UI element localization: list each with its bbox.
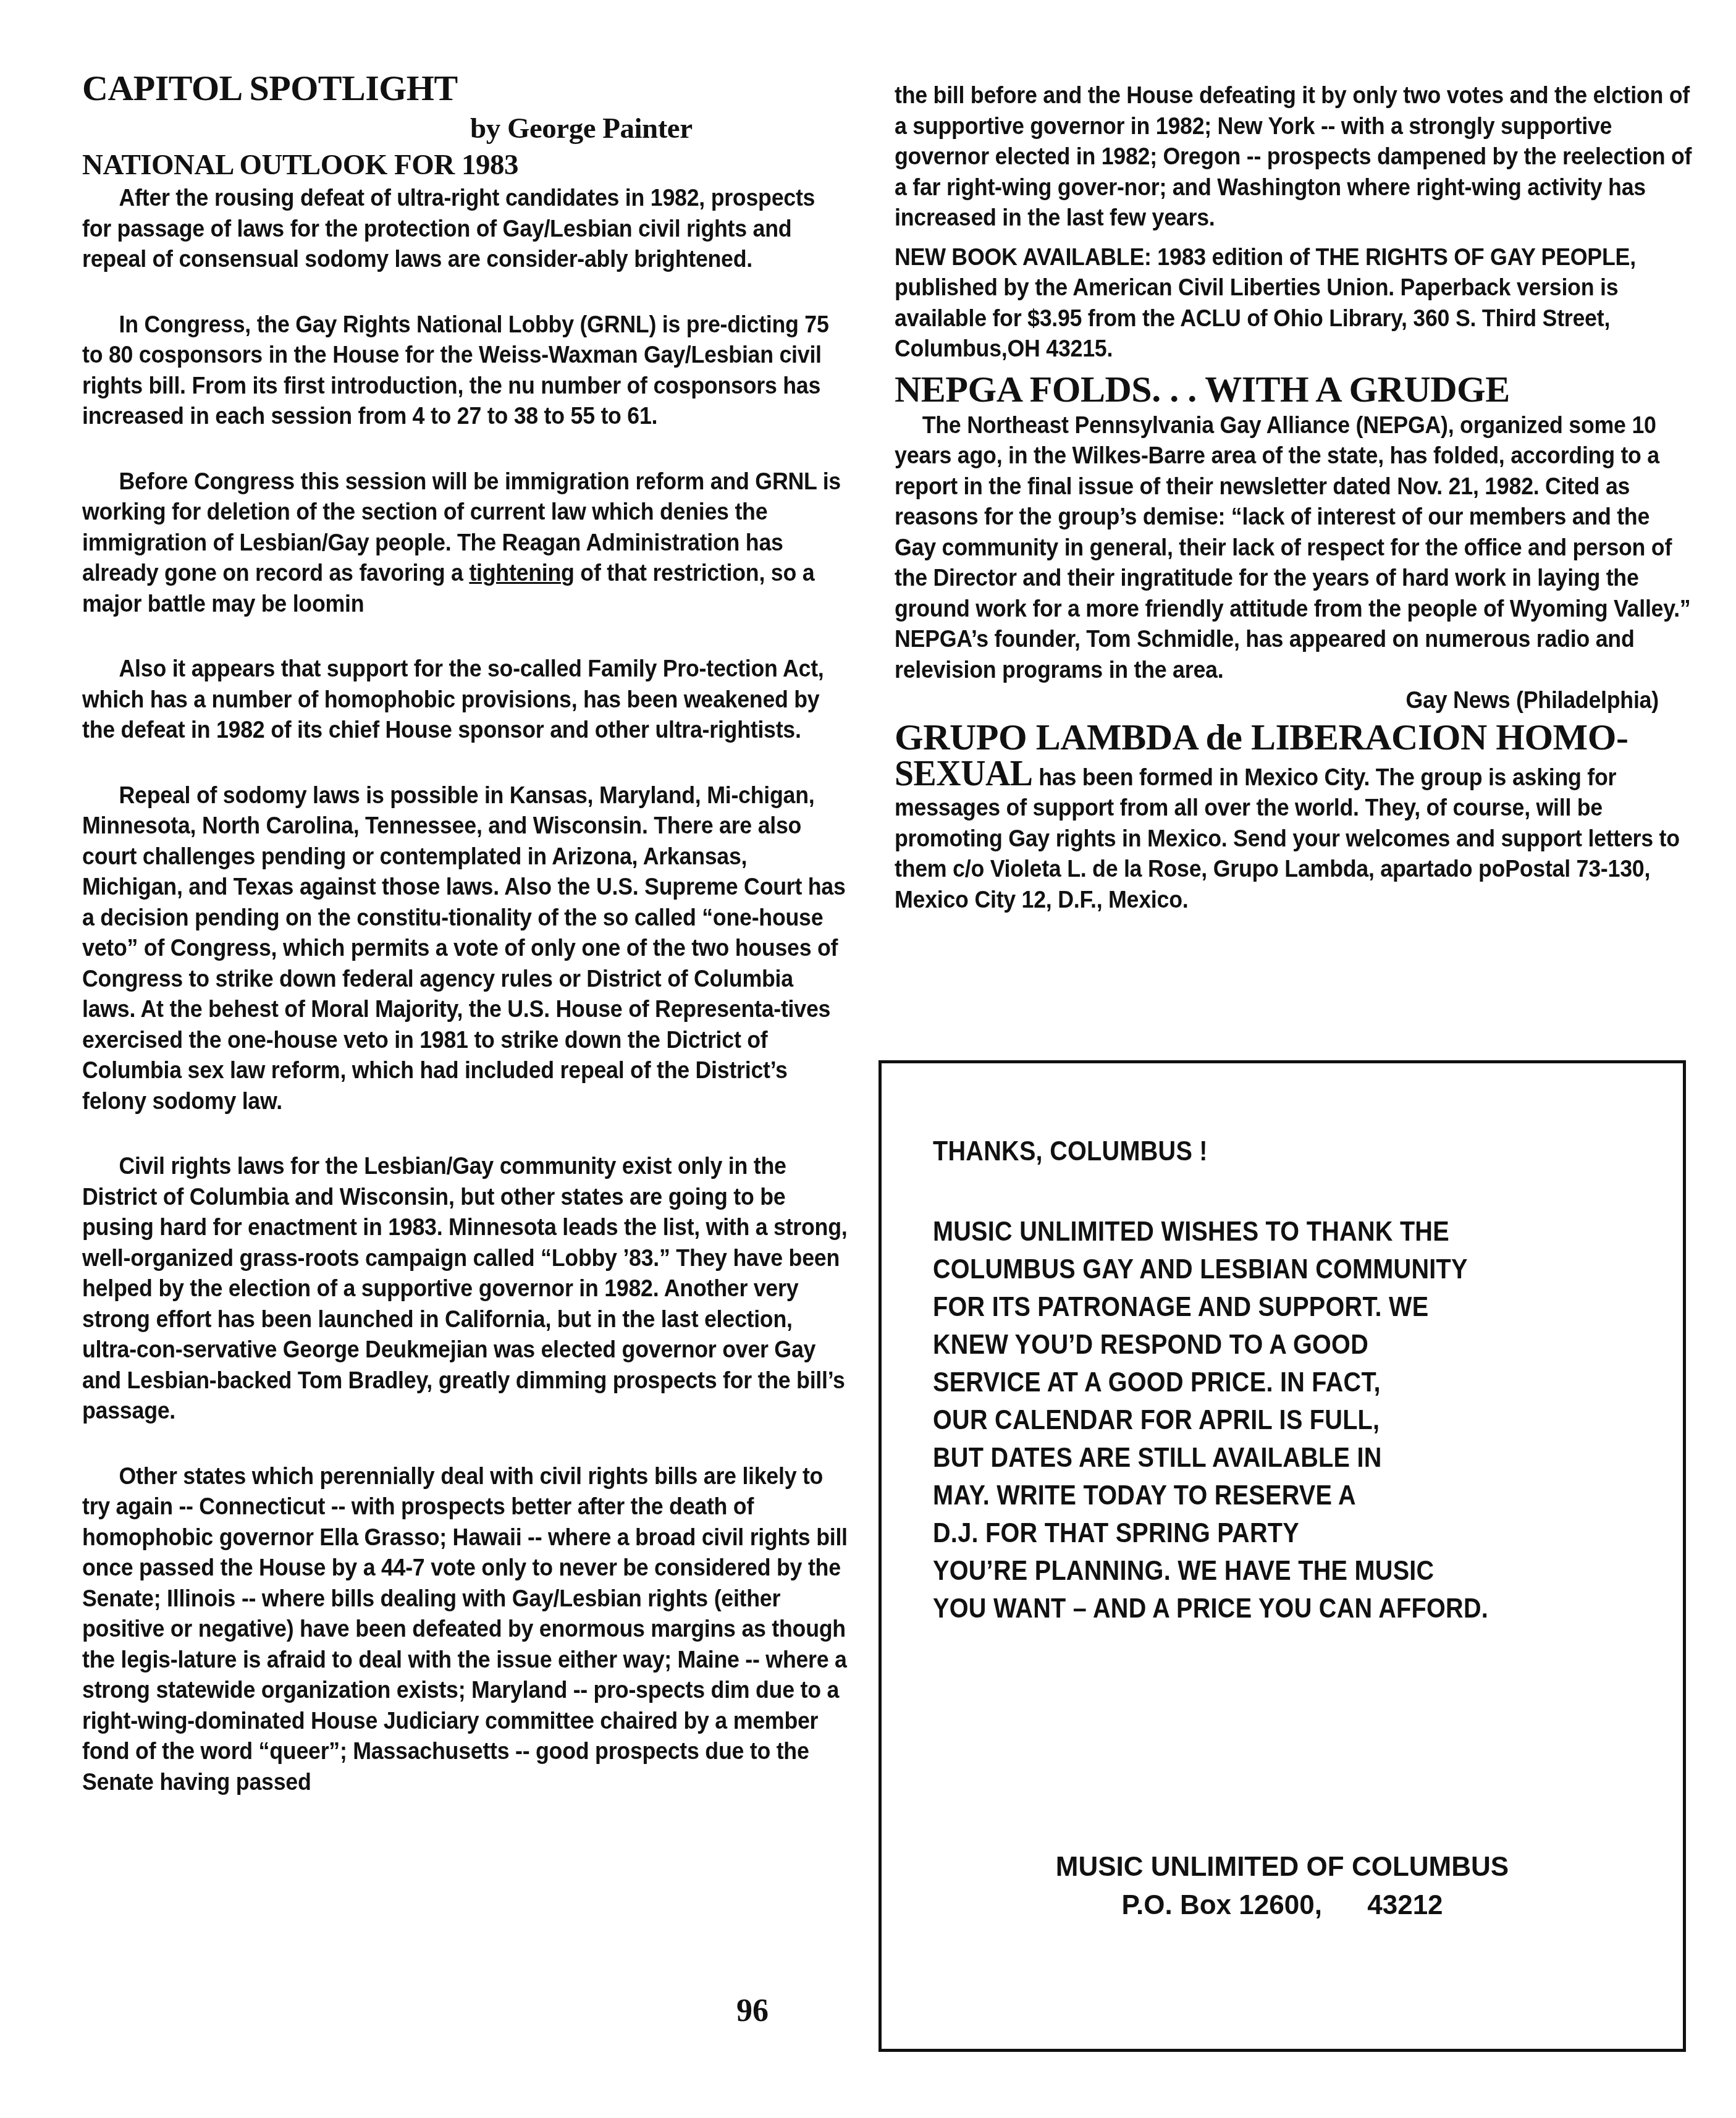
ad-line: MAY. WRITE TODAY TO RESERVE A xyxy=(933,1477,1488,1514)
continuation-paragraph: the bill before and the House defeating … xyxy=(895,80,1696,234)
ad-line: FOR ITS PATRONAGE AND SUPPORT. WE xyxy=(933,1288,1488,1326)
ad-company-name: MUSIC UNLIMITED OF COLUMBUS xyxy=(882,1848,1683,1886)
ad-line: OUR CALENDAR FOR APRIL IS FULL, xyxy=(933,1401,1488,1439)
underlined-word: tightening xyxy=(469,560,574,586)
ad-line: KNEW YOU’D RESPOND TO A GOOD xyxy=(933,1326,1488,1364)
grupo-heading-cont: SEXUAL xyxy=(895,753,1033,793)
nepga-paragraph: The Northeast Pennsylvania Gay Alliance … xyxy=(895,410,1696,686)
ad-heading: THANKS, COLUMBUS ! xyxy=(933,1133,1208,1170)
article-paragraph: Civil rights laws for the Lesbian/Gay co… xyxy=(82,1151,849,1427)
grupo-paragraph: SEXUAL has been formed in Mexico City. T… xyxy=(895,758,1696,916)
ad-address: P.O. Box 12600, 43212 xyxy=(882,1886,1683,1925)
nepga-heading: NEPGA FOLDS. . . WITH A GRUDGE xyxy=(895,368,1698,410)
right-column: the bill before and the House defeating … xyxy=(895,80,1698,915)
ad-line: SERVICE AT A GOOD PRICE. IN FACT, xyxy=(933,1364,1488,1401)
article-paragraph: After the rousing defeat of ultra-right … xyxy=(82,183,849,275)
ad-line: BUT DATES ARE STILL AVAILABLE IN xyxy=(933,1439,1488,1477)
ad-line: MUSIC UNLIMITED WISHES TO THANK THE xyxy=(933,1213,1488,1251)
left-column: CAPITOL SPOTLIGHT by George Painter NATI… xyxy=(82,67,848,1797)
grupo-heading: GRUPO LAMBDA de LIBERACION HOMO- xyxy=(895,716,1698,758)
page-number: 96 xyxy=(736,1993,769,2029)
ad-line: YOU’RE PLANNING. WE HAVE THE MUSIC xyxy=(933,1552,1488,1590)
ad-line: D.J. FOR THAT SPRING PARTY xyxy=(933,1514,1488,1552)
column-title: CAPITOL SPOTLIGHT xyxy=(82,67,848,110)
article-paragraph: Repeal of sodomy laws is possible in Kan… xyxy=(82,780,849,1117)
ad-line: YOU WANT – AND A PRICE YOU CAN AFFORD. xyxy=(933,1590,1488,1627)
new-book-notice: NEW BOOK AVAILABLE: 1983 edition of THE … xyxy=(895,242,1696,365)
ad-body: MUSIC UNLIMITED WISHES TO THANK THE COLU… xyxy=(933,1213,1488,1627)
ad-line: COLUMBUS GAY AND LESBIAN COMMUNITY xyxy=(933,1251,1488,1288)
article-paragraph: In Congress, the Gay Rights National Lob… xyxy=(82,310,849,432)
article-paragraph: Before Congress this session will be imm… xyxy=(82,466,849,620)
source-credit: Gay News (Philadelphia) xyxy=(895,685,1659,716)
article-paragraph: Also it appears that support for the so-… xyxy=(82,654,849,746)
ad-footer: MUSIC UNLIMITED OF COLUMBUS P.O. Box 126… xyxy=(882,1848,1683,1925)
advertisement-box: THANKS, COLUMBUS ! MUSIC UNLIMITED WISHE… xyxy=(879,1060,1686,2052)
byline: by George Painter xyxy=(470,110,848,147)
article-paragraph: Other states which perennially deal with… xyxy=(82,1461,849,1798)
section-heading: NATIONAL OUTLOOK FOR 1983 xyxy=(82,147,848,183)
